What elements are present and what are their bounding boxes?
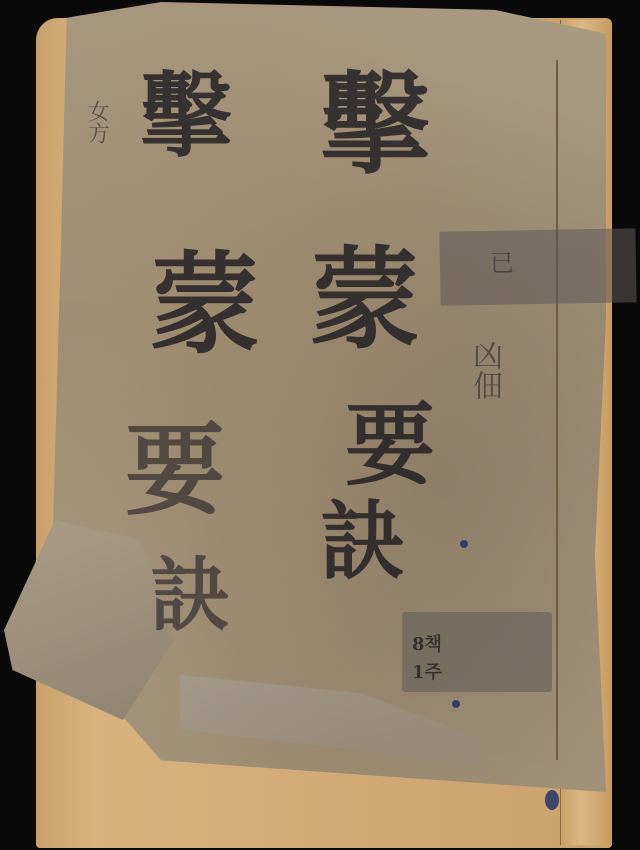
title-char: 要 [125,420,225,520]
title-char: 訣 [320,500,405,585]
title-char: 蒙 [310,245,420,355]
ink-spot [460,540,468,548]
title-char: 訣 [150,555,230,635]
margin-note-left: 女方 [84,100,108,144]
ink-spot [452,700,460,708]
label-line-1: 8책 [412,630,442,656]
label-line-2: 1주 [412,658,442,684]
title-char: 蒙 [150,250,260,360]
title-char: 擊 [140,70,232,162]
ink-spot [545,790,559,810]
tape-note: 已 [490,250,514,276]
tape-patch-right [439,228,636,305]
manuscript-photo: 擊 蒙 要 訣 擊 蒙 要 訣 凶佃 女方 已 8책 1주 [0,0,640,850]
binding-line [556,60,558,760]
margin-note-right: 凶佃 [468,340,501,400]
title-char: 要 [345,400,435,490]
title-char: 擊 [320,70,430,180]
